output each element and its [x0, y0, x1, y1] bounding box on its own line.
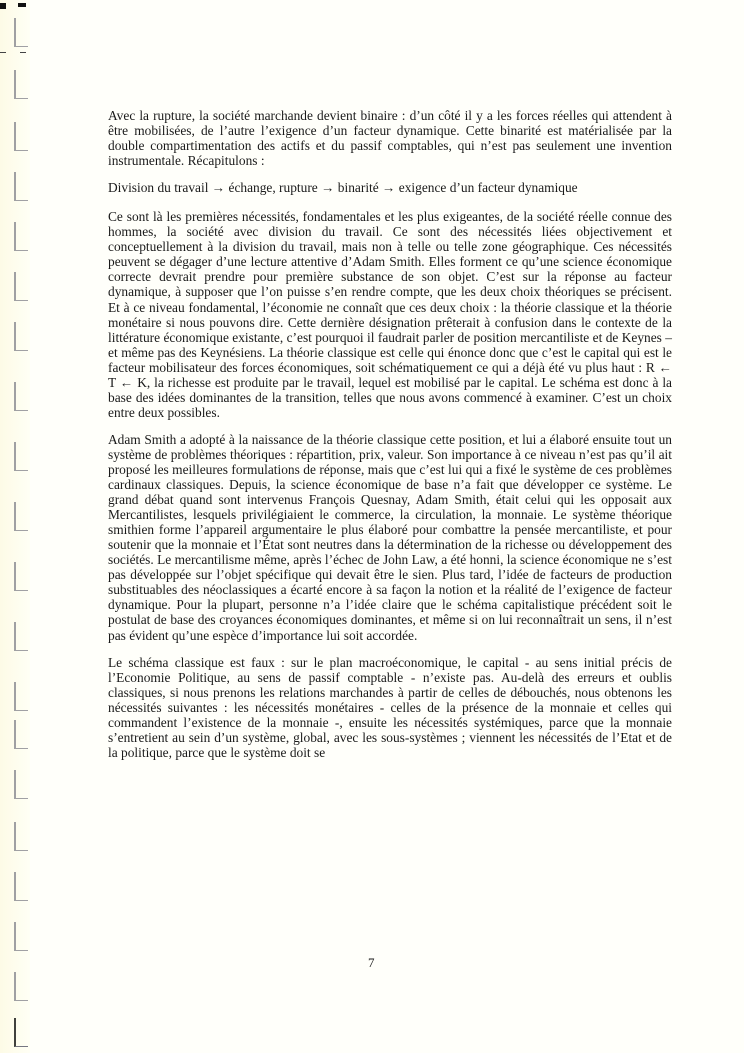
- binder-hole-mark: [14, 972, 28, 1001]
- binder-hole-mark: [14, 442, 28, 471]
- binder-hole-mark: [14, 222, 28, 251]
- scan-corner-mark: [18, 3, 26, 7]
- page-number: 7: [368, 955, 375, 971]
- binder-hole-mark: [14, 682, 28, 711]
- binder-hole-mark: [14, 822, 28, 851]
- binder-hole-mark: [14, 872, 28, 901]
- binder-hole-mark: [14, 720, 28, 749]
- page-body: Avec la rupture, la société marchande de…: [108, 108, 672, 772]
- scan-corner-mark: [0, 3, 6, 9]
- binder-hole-mark: [14, 922, 28, 951]
- paragraph-adam-smith: Adam Smith a adopté à la naissance de la…: [108, 432, 672, 643]
- binder-hole-mark: [14, 18, 28, 47]
- binder-hole-mark: [14, 502, 28, 531]
- summary-chain: Division du travail → échange, rupture →…: [108, 180, 672, 195]
- binder-hole-mark: [14, 122, 28, 151]
- binder-hole-mark: [14, 382, 28, 411]
- paragraph-classical-schema-false: Le schéma classique est faux : sur le pl…: [108, 655, 672, 760]
- binder-hole-mark: [14, 770, 28, 799]
- scan-dash-mark: [0, 52, 6, 53]
- binder-hole-mark: [14, 172, 28, 201]
- binder-hole-mark: [14, 322, 28, 351]
- paragraph-binary-society: Avec la rupture, la société marchande de…: [108, 108, 672, 168]
- scan-dash-mark: [20, 52, 26, 53]
- binder-hole-mark: [14, 562, 28, 591]
- paragraph-first-necessities: Ce sont là les premières nécessités, fon…: [108, 209, 672, 420]
- binder-hole-mark: [14, 1018, 28, 1047]
- binder-hole-mark: [14, 70, 28, 99]
- binder-hole-mark: [14, 272, 28, 301]
- binder-hole-mark: [14, 622, 28, 651]
